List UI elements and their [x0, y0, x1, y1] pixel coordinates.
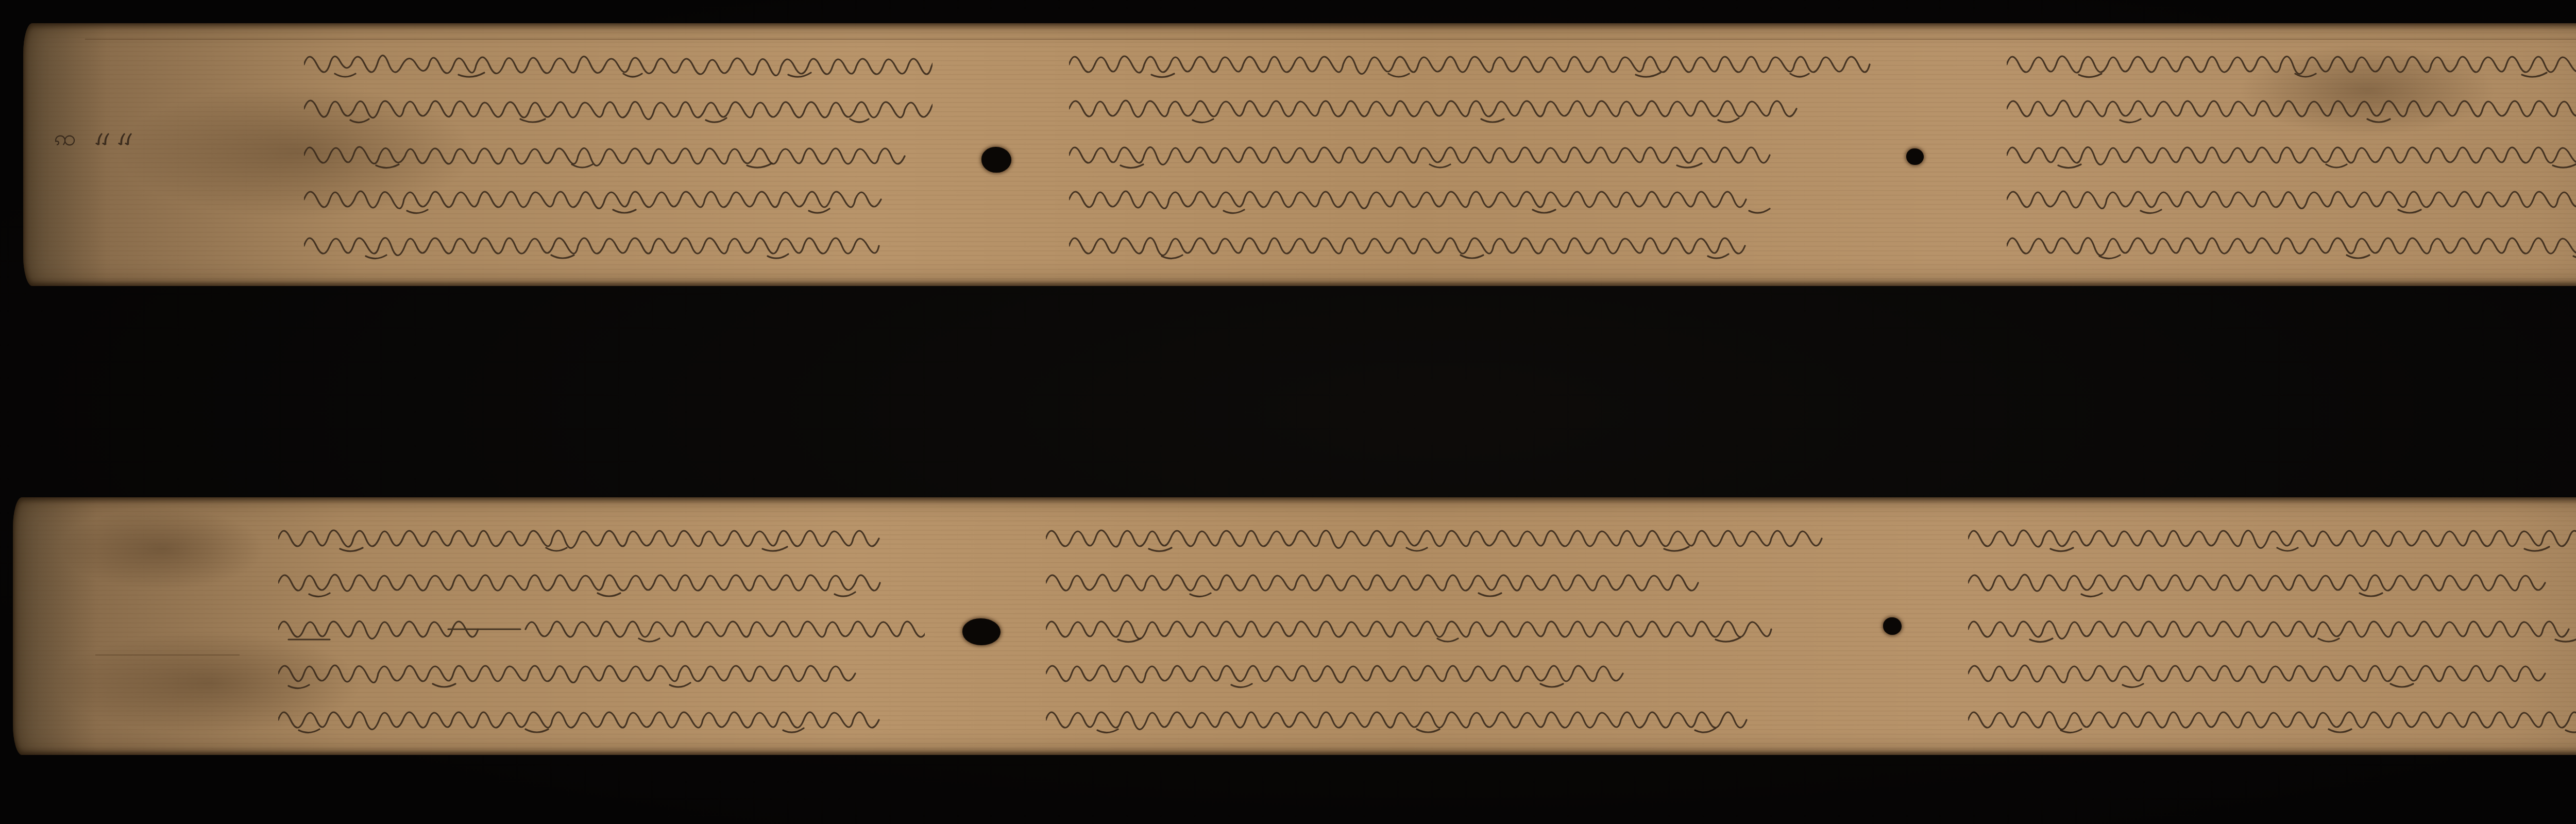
string-hole-left [981, 147, 1011, 173]
folio-number-label: ꩡ ꪵꪵ [54, 116, 139, 163]
manuscript-line [1968, 563, 2576, 599]
manuscript-line [1968, 518, 2576, 554]
manuscript-line [1968, 654, 2576, 690]
text-block-center [1069, 44, 1878, 271]
manuscript-line [304, 134, 933, 171]
string-hole-left [962, 618, 1001, 645]
manuscript-line [2007, 89, 2576, 125]
manuscript-line [304, 44, 933, 80]
text-block-left [304, 44, 933, 271]
manuscript-line [2007, 134, 2576, 171]
manuscript-line [304, 89, 933, 125]
manuscript-line [304, 225, 933, 261]
manuscript-line [278, 563, 925, 599]
text-block-right [2007, 44, 2576, 271]
manuscript-line [1968, 699, 2576, 735]
text-block-center [1046, 518, 1850, 745]
manuscript-line [278, 699, 925, 735]
manuscript-line [1046, 518, 1850, 554]
string-hole-right [1883, 617, 1902, 635]
text-block-left [278, 518, 925, 745]
palm-leaf-top: ꩡ ꪵꪵ [23, 23, 2576, 286]
scribed-rule [85, 39, 2576, 40]
manuscript-line [1069, 134, 1878, 171]
manuscript-line [1069, 44, 1878, 80]
manuscript-line [278, 609, 925, 645]
manuscript-line [1968, 609, 2576, 645]
manuscript-line [1046, 563, 1850, 599]
manuscript-line [2007, 180, 2576, 216]
manuscript-line [1069, 225, 1878, 261]
text-block-right [1968, 518, 2576, 745]
manuscript-line [2007, 44, 2576, 80]
manuscript-line [304, 180, 933, 216]
manuscript-line [1069, 89, 1878, 125]
manuscript-line [1046, 699, 1850, 735]
manuscript-line [1069, 180, 1878, 216]
scribed-rule [95, 654, 240, 655]
manuscript-line [278, 518, 925, 554]
manuscript-line [1046, 654, 1850, 690]
manuscript-line [2007, 225, 2576, 261]
palm-leaf-bottom [13, 497, 2576, 755]
manuscript-line [1046, 609, 1850, 645]
water-stain [59, 508, 265, 590]
manuscript-line [278, 654, 925, 690]
string-hole-right [1906, 148, 1924, 165]
